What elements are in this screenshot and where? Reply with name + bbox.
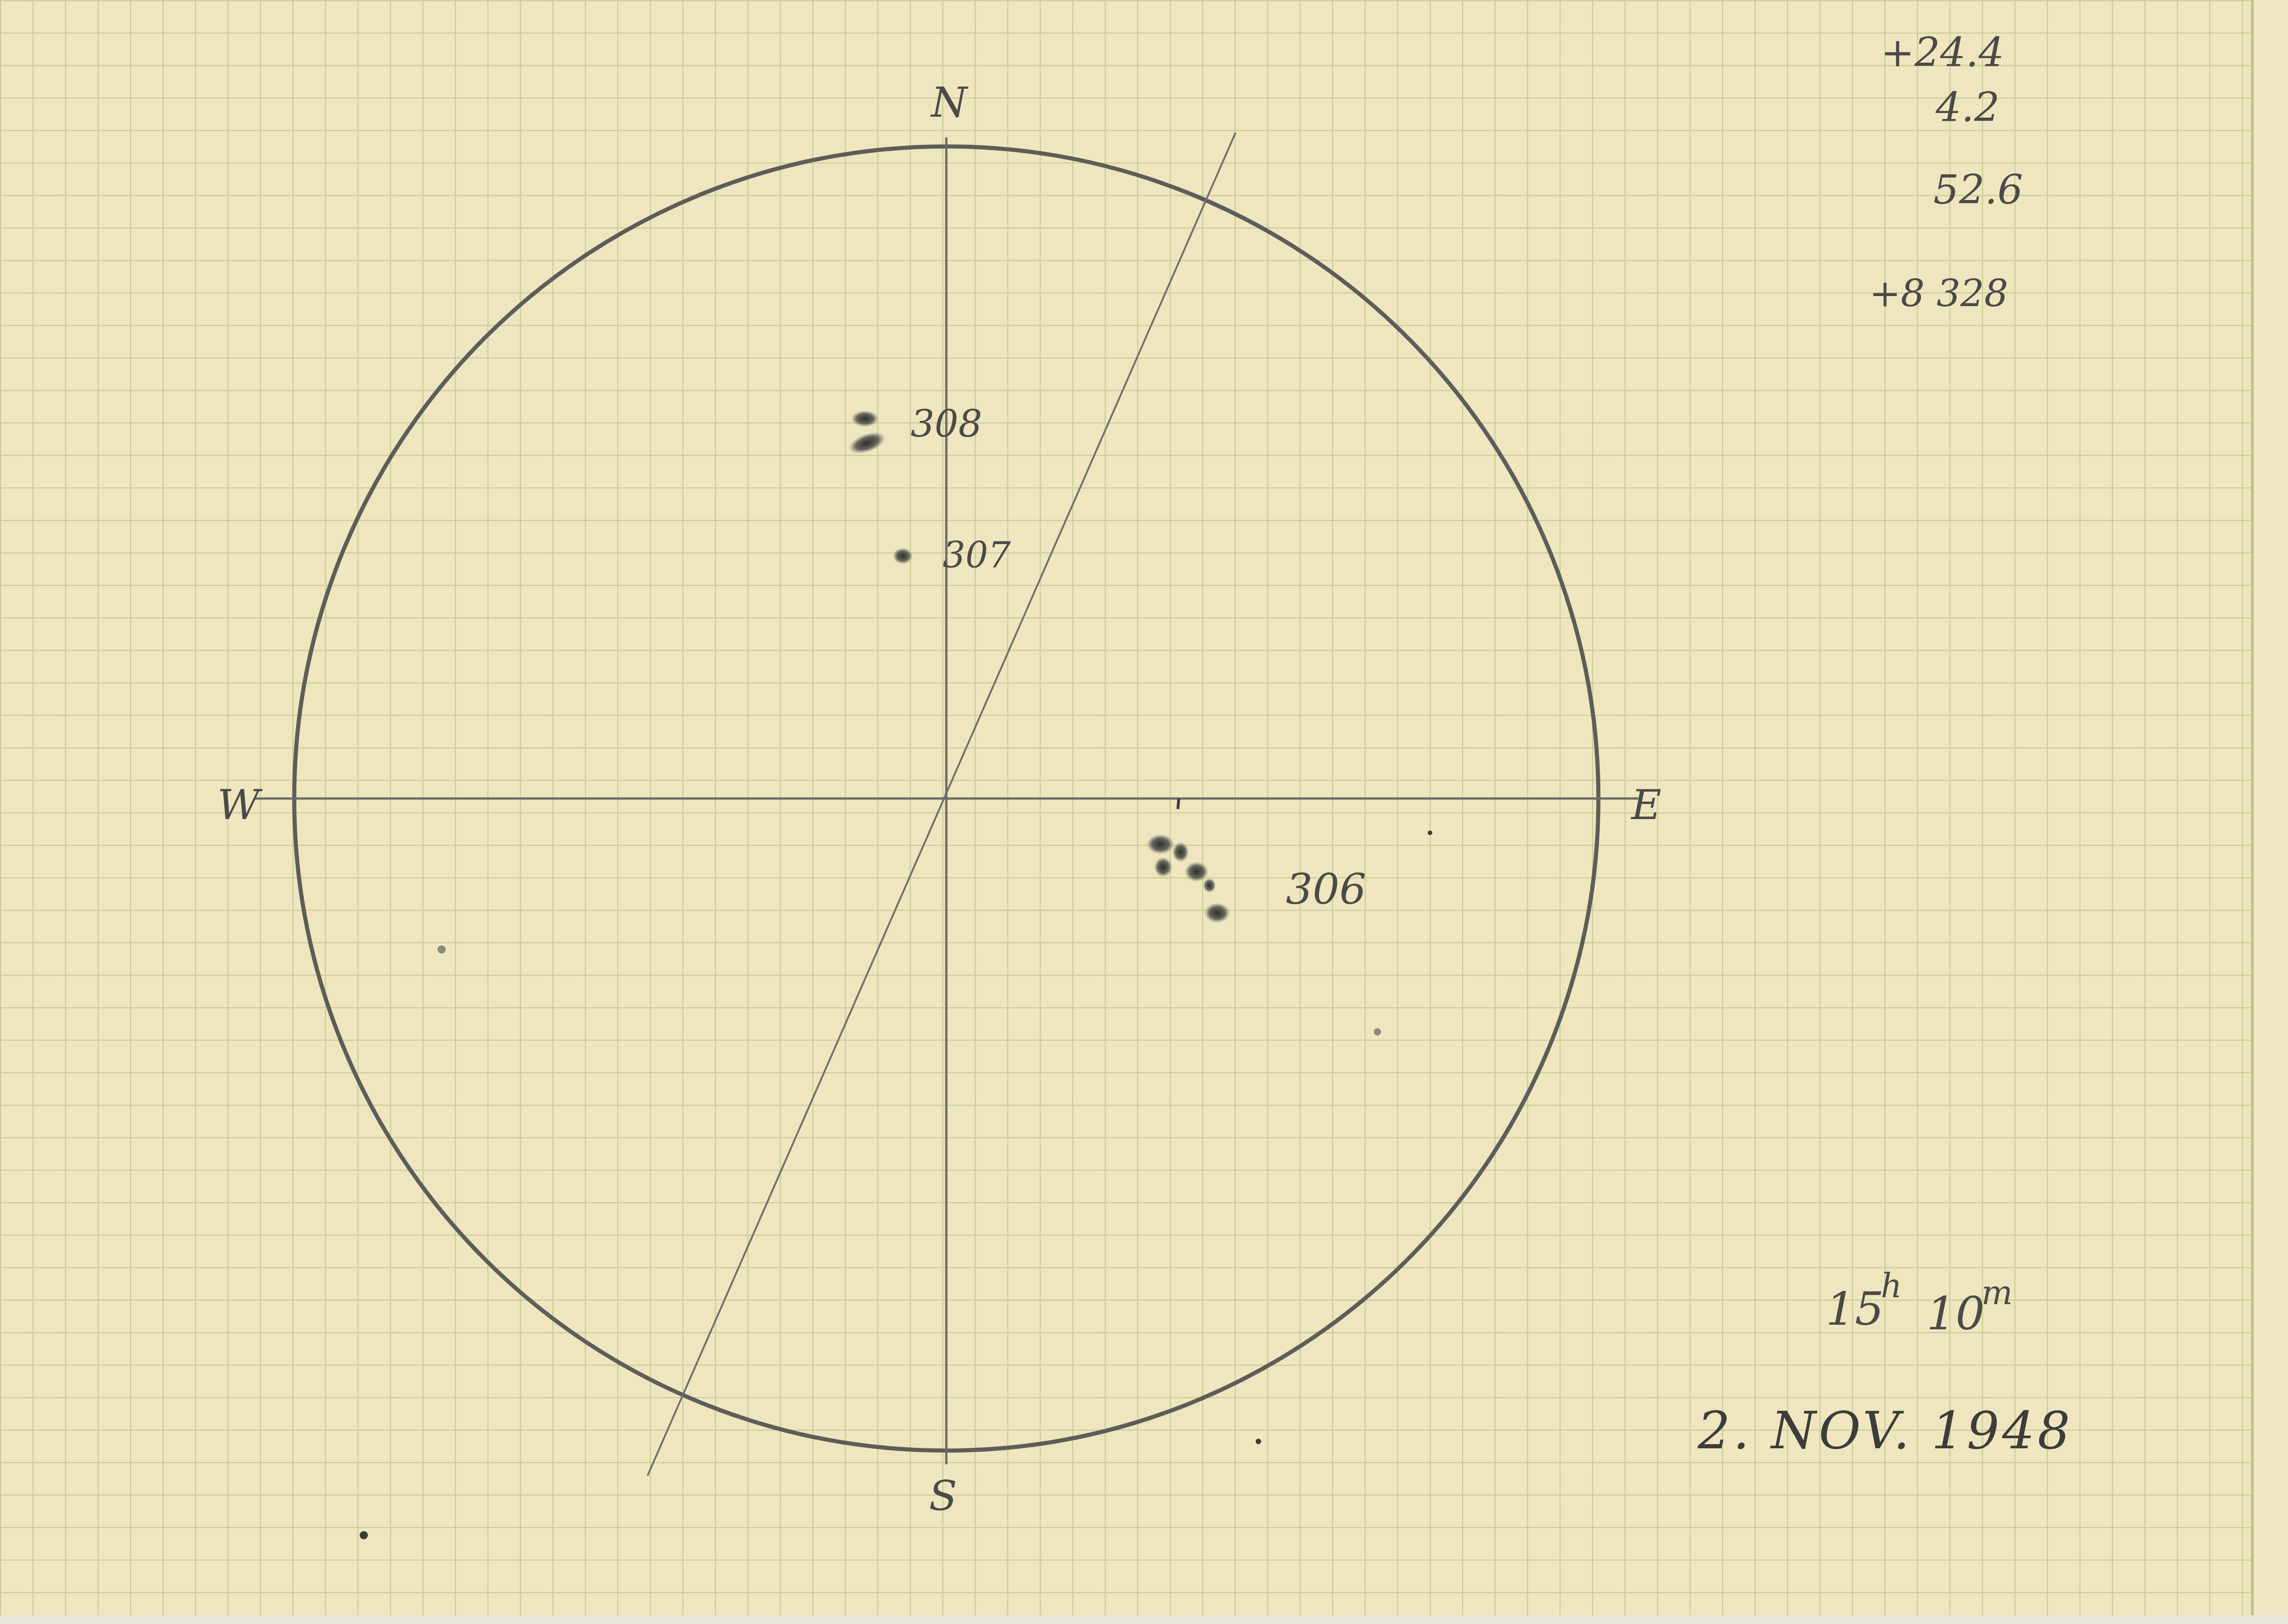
spot-tick-mark [1178,799,1179,809]
folded-tab [2254,0,2288,1624]
observation-hours-unit: h [1881,1267,1902,1305]
sunspot-drawing-sheet: N S W E 308 307 306 +24.4 4.2 [0,0,2288,1624]
margin-note: 4.2 [1935,84,2000,131]
sunspot [1172,842,1189,862]
stray-mark [1374,1028,1381,1036]
stray-mark [437,945,446,954]
observation-minutes-unit: m [1981,1273,2013,1312]
sunspot [851,410,879,427]
sunspot-group-label: 308 [911,403,982,446]
sunspot [1185,862,1209,882]
stray-mark [360,1531,368,1539]
sunspot [1154,857,1172,877]
stray-mark [1256,1439,1261,1444]
sunspot [893,548,913,564]
drawing-canvas: N S W E 308 307 306 +24.4 4.2 [0,0,2288,1624]
compass-south-label: S [929,1472,957,1520]
observation-hours: 15 [1826,1282,1884,1336]
sunspot-group-label: 307 [943,535,1011,576]
graph-grid [0,0,2254,1624]
sunspot [1204,903,1230,923]
bottom-edge [0,1615,2288,1624]
observation-date: 2. NOV. 1948 [1697,1401,2073,1461]
compass-north-label: N [930,79,969,127]
sunspot [1203,878,1216,893]
sunspot-group-label: 306 [1286,865,1366,914]
observation-minutes: 10 [1926,1287,1985,1340]
stray-mark [1428,831,1432,835]
compass-east-label: E [1630,781,1662,829]
compass-west-label: W [217,781,263,829]
margin-note: 52.6 [1933,166,2023,213]
sunspot [1147,834,1174,854]
margin-note: +8 328 [1869,272,2008,316]
margin-note: +24.4 [1881,29,2004,76]
